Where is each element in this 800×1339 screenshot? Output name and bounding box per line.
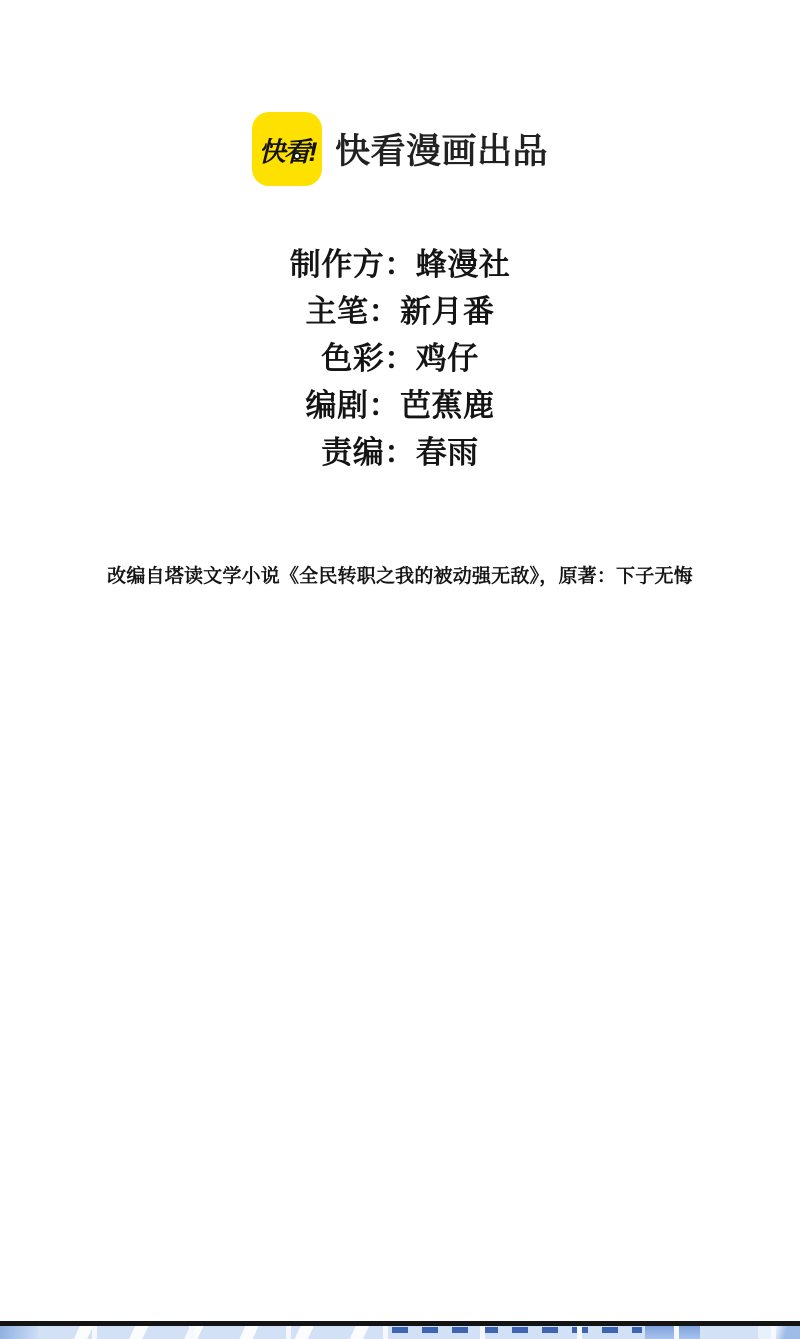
credit-line-producer: 制作方：蜂漫社 [0,241,800,288]
logo-text: 快看! [258,130,315,169]
credit-line-editor: 责编：春雨 [0,429,800,476]
credits-list: 制作方：蜂漫社 主笔：新月番 色彩：鸡仔 编剧：芭蕉鹿 责编：春雨 [0,241,800,476]
publisher-title: 快看漫画出品 [335,124,548,174]
next-panel-preview [0,1326,800,1339]
kuaikan-logo-icon: 快看! [252,112,322,186]
window-frame-separators [0,1326,800,1339]
adaptation-note: 改编自塔读文学小说《全民转职之我的被动强无敌》，原著：下子无悔 [0,561,800,588]
brand-row: 快看! 快看漫画出品 [0,112,800,186]
credit-line-lead-artist: 主笔：新月番 [0,288,800,335]
credit-line-colorist: 色彩：鸡仔 [0,335,800,382]
credit-line-screenwriter: 编剧：芭蕉鹿 [0,382,800,429]
logo-eye-dot [293,152,301,160]
comic-credits-page: 快看! 快看漫画出品 制作方：蜂漫社 主笔：新月番 色彩：鸡仔 编剧：芭蕉鹿 责… [0,0,800,1339]
